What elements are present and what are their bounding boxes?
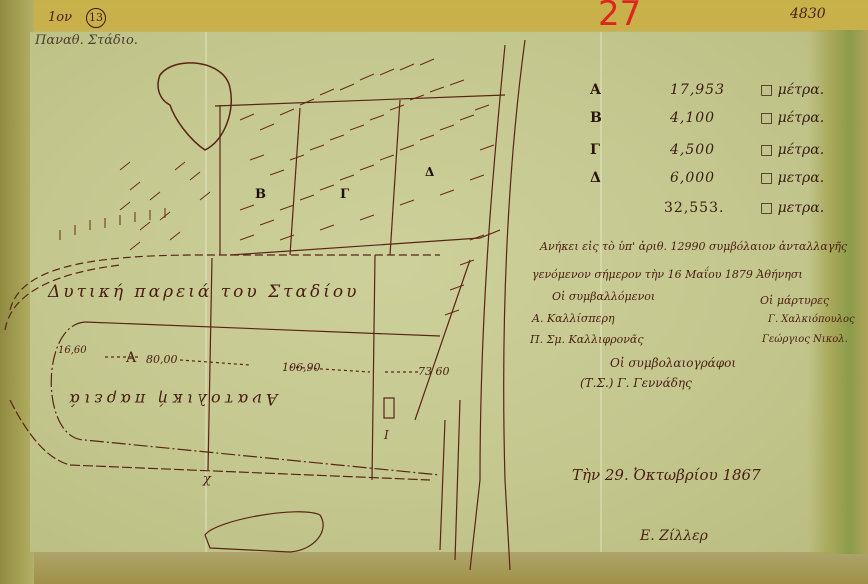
notary-signature: (Τ.Σ.) Γ. Γεννάδης	[580, 376, 692, 390]
top-right-note: 4830	[790, 6, 826, 22]
mark-x: χ	[203, 472, 211, 487]
party-signature-2: Π. Σμ. Καλλιφρονᾶς	[530, 333, 643, 346]
contracting-parties-heading: Οἱ συμβαλλόμενοι	[552, 290, 655, 303]
row-value: 4,500	[670, 142, 715, 158]
witness-signature-2: Γεώργιος Νικολ.	[762, 334, 848, 345]
notaries-heading: Οἱ συμβολαιογράφοι	[610, 356, 736, 370]
annotation-line1: Ανήκει εἰς τὸ ὑπ' ἀριθ. 12990 συμβόλαιον…	[540, 240, 847, 253]
row-value: 4,100	[670, 110, 715, 126]
area-label-d: Δ	[425, 165, 434, 179]
row-unit: □ μέτρα.	[760, 110, 824, 126]
dim-right: 73 60	[418, 365, 450, 378]
title-note: Παναθ. Στάδιο.	[35, 33, 138, 48]
row-unit: □ μετρα.	[760, 200, 824, 216]
circled-number: 13	[86, 8, 106, 28]
area-row: Α 17,953 □ μέτρα.	[590, 82, 850, 104]
area-label-a: Α	[126, 350, 136, 366]
sheet-number: 1ον	[48, 10, 72, 25]
dim-sphendone: 16,60	[58, 345, 87, 356]
row-value: 17,953	[670, 82, 725, 98]
party-signature-1: Α. Καλλίσπερη	[532, 312, 615, 325]
mark-i: Ι	[384, 428, 389, 442]
dim-middle: 106,90	[282, 361, 321, 374]
dim-a: 80,00	[146, 353, 178, 366]
row-label: Α	[590, 82, 601, 98]
date-line: Τὴν 29. Ὀκτωβρίου 1867	[572, 466, 761, 484]
row-unit: □ μέτρα.	[760, 82, 824, 98]
area-row: Γ 4,500 □ μέτρα.	[590, 142, 850, 164]
witnesses-heading: Οἱ μάρτυρες	[760, 294, 829, 307]
area-label-b: Β	[255, 187, 266, 202]
red-number: 27	[598, 0, 641, 34]
row-value: 6,000	[670, 170, 715, 186]
area-row-total: 32,553. □ μετρα.	[590, 200, 850, 222]
area-row: Β 4,100 □ μέτρα.	[590, 110, 850, 132]
witness-signature-1: Γ. Χαλκιόπουλος	[768, 314, 855, 325]
row-label: Β	[590, 110, 602, 126]
row-value: 32,553.	[664, 200, 724, 216]
west-side-label: Δυτική παρειά του Σταδίου	[48, 282, 360, 302]
row-unit: □ μετρα.	[760, 170, 824, 186]
annotation-line2: γενόμενον σήμερον τὴν 16 Μαΐου 1879 Ἀθήν…	[532, 268, 803, 281]
row-label: Γ	[590, 142, 600, 158]
row-unit: □ μέτρα.	[760, 142, 824, 158]
final-signature: Ε. Ζίλλερ	[640, 528, 708, 544]
east-side-label: Ανατολική παρειά	[65, 390, 278, 409]
row-label: Δ	[590, 170, 601, 186]
area-row: Δ 6,000 □ μετρα.	[590, 170, 850, 192]
area-label-g: Γ	[340, 187, 349, 202]
